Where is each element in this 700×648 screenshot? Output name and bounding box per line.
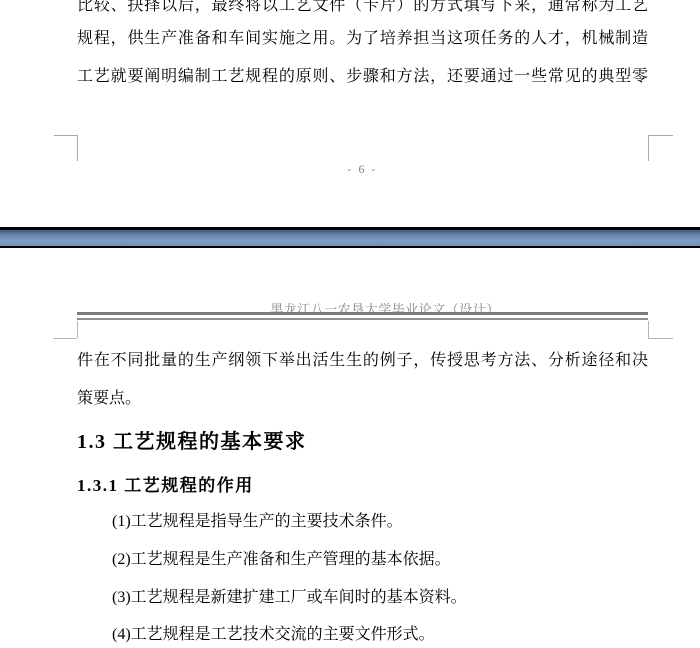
crop-mark-page1-bottom-left-vertical <box>77 135 78 161</box>
list-item-3[interactable]: (3)工艺规程是新建扩建工厂或车间时的基本资料。 <box>112 588 648 608</box>
crop-mark-page2-top-right-vertical <box>648 321 649 338</box>
crop-mark-page1-bottom-right-horizontal <box>648 135 673 136</box>
header-rule-thin <box>77 318 648 320</box>
section-heading-1-3[interactable]: 1.3 工艺规程的基本要求 <box>77 431 648 453</box>
subsection-heading-1-3-1[interactable]: 1.3.1 工艺规程的作用 <box>77 476 648 496</box>
page2-paragraph-line-1[interactable]: 件在不同批量的生产纲领下举出活生生的例子，传授思考方法、分析途径和决 <box>77 351 648 371</box>
list-item-1[interactable]: (1)工艺规程是指导生产的主要技术条件。 <box>112 512 648 532</box>
page-number-footer: - 6 - <box>77 162 648 177</box>
crop-mark-page1-bottom-right-vertical <box>648 135 649 161</box>
page2-header-title: 黑龙江八一农垦大学毕业论文（设计） <box>70 299 700 318</box>
page-break-separator <box>0 227 700 248</box>
document-viewport: 比较、抉择以后，最终将以工艺文件（卡片）的方式填写下来，通常称为工艺 规程，供生… <box>0 0 700 648</box>
crop-mark-page2-top-left-vertical <box>77 321 78 338</box>
list-item-4[interactable]: (4)工艺规程是工艺技术交流的主要文件形式。 <box>112 625 648 645</box>
crop-mark-page2-top-right-horizontal <box>648 338 673 339</box>
header-rule-thick <box>77 312 648 315</box>
page1-paragraph-line-2[interactable]: 规程，供生产准备和车间实施之用。为了培养担当这项任务的人才，机械制造 <box>77 29 648 49</box>
page2-paragraph-line-2[interactable]: 策要点。 <box>77 389 648 409</box>
page1-paragraph-line-3[interactable]: 工艺就要阐明编制工艺规程的原则、步骤和方法，还要通过一些常见的典型零 <box>77 67 648 87</box>
list-item-2[interactable]: (2)工艺规程是生产准备和生产管理的基本依据。 <box>112 550 648 570</box>
crop-mark-page1-bottom-left-horizontal <box>54 135 78 136</box>
crop-mark-page2-top-left-horizontal <box>53 338 77 339</box>
page1-paragraph-line-1[interactable]: 比较、抉择以后，最终将以工艺文件（卡片）的方式填写下来，通常称为工艺 <box>77 0 648 16</box>
